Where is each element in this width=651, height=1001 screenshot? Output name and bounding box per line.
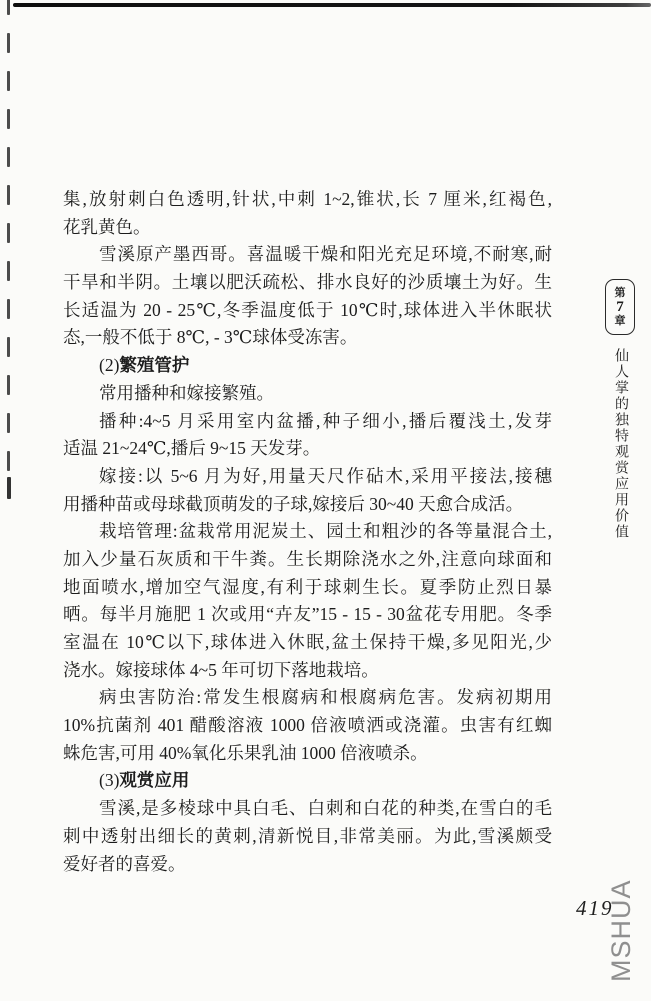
text-line: 适温 21~24℃,播后 9~15 天发芽。 (63, 435, 552, 463)
heading-text: 繁殖管护 (119, 355, 189, 375)
text-segment: 播种:4~5 月采用室内盆播,种子细小,播后覆浅土,发芽 (99, 411, 552, 431)
chapter-badge: 第 7 章 (605, 279, 635, 335)
scan-tick-mark (7, 375, 10, 395)
text-line: 嫁接:以 5~6 月为好,用量天尺作砧木,采用平接法,接穗 (63, 463, 552, 491)
text-segment: 室温在 10℃以下,球体进入休眠,盆土保持干燥,多见阳光,少 (63, 632, 552, 652)
heading-text: 观赏应用 (119, 770, 189, 790)
text-line: 病虫害防治:常发生根腐病和根腐病危害。发病初期用 (63, 684, 552, 712)
text-segment: 浇水。嫁接球体 4~5 年可切下落地栽培。 (63, 660, 379, 680)
text-segment: 爱好者的喜爱。 (63, 854, 186, 874)
text-line: 10%抗菌剂 401 醋酸溶液 1000 倍液喷洒或浇灌。虫害有红蜘 (63, 712, 552, 740)
text-line: 刺中透射出细长的黄刺,清新悦目,非常美丽。为此,雪溪颇受 (63, 823, 552, 851)
text-line: 爱好者的喜爱。 (63, 851, 552, 879)
text-line: 室温在 10℃以下,球体进入休眠,盆土保持干燥,多见阳光,少 (63, 629, 552, 657)
text-segment: 刺中透射出细长的黄刺,清新悦目,非常美丽。为此,雪溪颇受 (63, 826, 552, 846)
text-line: (3)观赏应用 (63, 767, 552, 795)
text-segment: 适温 21~24℃,播后 9~15 天发芽。 (63, 438, 320, 458)
text-segment: (2) (99, 355, 119, 375)
text-line: (2)繁殖管护 (63, 352, 552, 380)
text-segment: 地面喷水,增加空气湿度,有利于球刺生长。夏季防止烈日暴 (63, 577, 552, 597)
text-segment: 病虫害防治:常发生根腐病和根腐病危害。发病初期用 (99, 687, 552, 707)
text-line: 加入少量石灰质和干牛粪。生长期除浇水之外,注意向球面和 (63, 546, 552, 574)
text-segment: 干旱和半阴。土壤以肥沃疏松、排水良好的沙质壤土为好。生 (63, 272, 552, 292)
text-segment: 集,放射刺白色透明,针状,中刺 1~2,锥状,长 7 厘米,红褐色, (63, 189, 552, 209)
text-line: 栽培管理:盆栽常用泥炭土、园土和粗沙的各等量混合土, (63, 518, 552, 546)
text-segment: (3) (99, 770, 119, 790)
scan-tick-mark (7, 223, 10, 243)
scan-tick-mark (7, 451, 10, 471)
text-segment: 长适温为 20 - 25℃,冬季温度低于 10℃时,球体进入半休眠状 (63, 300, 552, 320)
text-line: 雪溪原产墨西哥。喜温暖干燥和阳光充足环境,不耐寒,耐 (63, 241, 552, 269)
chapter-number: 7 (616, 300, 624, 315)
text-segment: 态,一般不低于 8℃, - 3℃球体受冻害。 (63, 327, 357, 347)
text-line: 播种:4~5 月采用室内盆播,种子细小,播后覆浅土,发芽 (63, 408, 552, 436)
text-line: 晒。每半月施肥 1 次或用“卉友”15 - 15 - 30盆花专用肥。冬季 (63, 601, 552, 629)
scan-tick-mark (7, 185, 10, 205)
scan-tick-mark (7, 299, 10, 319)
text-segment: 用播种苗或母球截顶萌发的子球,嫁接后 30~40 天愈合成活。 (63, 494, 523, 514)
scan-tick-mark (7, 0, 10, 15)
text-line: 干旱和半阴。土壤以肥沃疏松、排水良好的沙质壤土为好。生 (63, 269, 552, 297)
body-text: 集,放射刺白色透明,针状,中刺 1~2,锥状,长 7 厘米,红褐色,花乳黄色。雪… (63, 186, 552, 878)
scan-tick-mark (7, 477, 11, 499)
text-segment: 10%抗菌剂 401 醋酸溶液 1000 倍液喷洒或浇灌。虫害有红蜘 (63, 715, 552, 735)
text-segment: 晒。每半月施肥 1 次或用“卉友”15 - 15 - 30盆花专用肥。冬季 (63, 604, 552, 624)
text-line: 雪溪,是多棱球中具白毛、白刺和白花的种类,在雪白的毛 (63, 795, 552, 823)
text-segment: 栽培管理:盆栽常用泥炭土、园土和粗沙的各等量混合土, (99, 521, 552, 541)
text-line: 常用播种和嫁接繁殖。 (63, 380, 552, 408)
scan-tick-mark (7, 147, 10, 167)
text-line: 花乳黄色。 (63, 214, 552, 242)
text-segment: 雪溪原产墨西哥。喜温暖干燥和阳光充足环境,不耐寒,耐 (99, 244, 552, 264)
chapter-title-vertical: 仙人掌的独特观赏应用价值 (610, 348, 630, 540)
scan-tick-mark (7, 261, 10, 281)
text-segment: 蛛危害,可用 40%氧化乐果乳油 1000 倍液喷杀。 (63, 743, 428, 763)
text-line: 集,放射刺白色透明,针状,中刺 1~2,锥状,长 7 厘米,红褐色, (63, 186, 552, 214)
text-segment: 嫁接:以 5~6 月为好,用量天尺作砧木,采用平接法,接穗 (99, 466, 552, 486)
scan-tick-mark (7, 33, 10, 53)
scan-tick-mark (7, 337, 10, 357)
text-line: 地面喷水,增加空气湿度,有利于球刺生长。夏季防止烈日暴 (63, 574, 552, 602)
watermark-text: MSHUA (604, 886, 638, 982)
text-segment: 雪溪,是多棱球中具白毛、白刺和白花的种类,在雪白的毛 (99, 798, 552, 818)
top-scan-rule (13, 3, 651, 7)
chapter-suffix: 章 (615, 315, 626, 328)
text-segment: 加入少量石灰质和干牛粪。生长期除浇水之外,注意向球面和 (63, 549, 552, 569)
text-segment: 花乳黄色。 (63, 217, 151, 237)
chapter-prefix: 第 (615, 287, 626, 300)
scan-tick-mark (7, 109, 10, 129)
text-line: 态,一般不低于 8℃, - 3℃球体受冻害。 (63, 324, 552, 352)
text-segment: 常用播种和嫁接繁殖。 (99, 383, 274, 403)
scanned-book-page: 集,放射刺白色透明,针状,中刺 1~2,锥状,长 7 厘米,红褐色,花乳黄色。雪… (0, 0, 651, 1001)
scan-tick-mark (7, 71, 10, 91)
scan-tick-mark (7, 413, 10, 433)
text-line: 浇水。嫁接球体 4~5 年可切下落地栽培。 (63, 657, 552, 685)
text-line: 长适温为 20 - 25℃,冬季温度低于 10℃时,球体进入半休眠状 (63, 297, 552, 325)
text-line: 用播种苗或母球截顶萌发的子球,嫁接后 30~40 天愈合成活。 (63, 491, 552, 519)
text-line: 蛛危害,可用 40%氧化乐果乳油 1000 倍液喷杀。 (63, 740, 552, 768)
